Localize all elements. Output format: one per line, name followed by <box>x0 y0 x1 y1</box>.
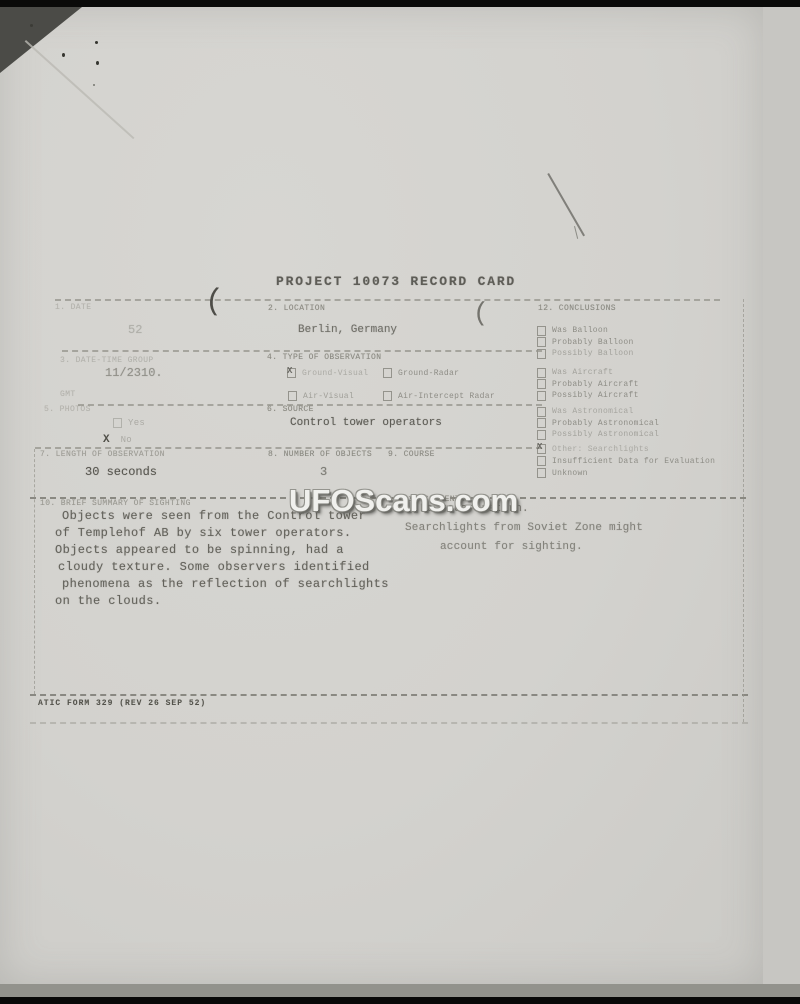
divider <box>55 299 720 301</box>
conclusion-option-label: Was Aircraft <box>552 368 613 377</box>
conclusion-option: Insufficient Data for Evaluation <box>537 455 715 467</box>
date-time-group-label: 3. DATE-TIME GROUP <box>60 356 154 365</box>
conclusion-option: Possibly Astronomical <box>537 429 659 441</box>
source-label: 6. SOURCE <box>267 405 314 414</box>
number-of-objects-value: 3 <box>320 465 327 479</box>
conclusion-option: Was Balloon <box>537 325 634 337</box>
scan-artifact-paren: ( <box>204 286 224 317</box>
conclusion-option: Was Aircraft <box>537 367 639 379</box>
conclusion-option-label: Probably Aircraft <box>552 380 639 389</box>
conclusion-option: X Other: Searchlights <box>537 443 715 455</box>
date-value: 52 <box>128 323 142 337</box>
conclusions-group-aircraft: Was Aircraft Probably Aircraft Possibly … <box>537 367 639 402</box>
checkbox-icon <box>537 368 546 378</box>
staple-mark <box>95 41 98 44</box>
conclusion-option-label: Possibly Balloon <box>552 349 634 358</box>
location-label: 2. LOCATION <box>268 304 325 313</box>
staple-mark <box>96 61 99 65</box>
checkbox-icon <box>383 368 392 378</box>
checkbox-icon <box>537 418 546 428</box>
summary-line: on the clouds. <box>55 594 389 611</box>
divider <box>30 694 748 696</box>
conclusion-option-label: Unknown <box>552 469 588 478</box>
observation-option: X Ground-Visual <box>287 368 368 378</box>
conclusions-group-other: X Other: Searchlights Insufficient Data … <box>537 443 715 479</box>
conclusion-option-label: Probably Balloon <box>552 338 634 347</box>
comment-line: Searchlights from Soviet Zone might <box>405 522 643 541</box>
scanner-band-bottom <box>0 984 800 997</box>
checkbox-icon <box>537 407 546 417</box>
photos-option-yes: Yes <box>113 418 145 428</box>
checkbox-icon: X <box>537 444 546 454</box>
conclusions-group-astronomical: Was Astronomical Probably Astronomical P… <box>537 406 659 441</box>
checkbox-mark: X <box>537 442 542 452</box>
conclusion-option: Probably Balloon <box>537 337 634 349</box>
checkbox-icon <box>537 430 546 440</box>
conclusion-option-label: Was Astronomical <box>552 407 634 416</box>
comment-line: account for sighting. <box>440 541 643 560</box>
summary-line: of Templehof AB by six tower operators. <box>55 526 389 543</box>
conclusion-option-label: Was Balloon <box>552 326 608 335</box>
checkbox-icon <box>537 468 546 478</box>
length-of-observation-label: 7. LENGTH OF OBSERVATION <box>40 450 165 459</box>
speck <box>93 84 95 86</box>
checkbox-icon <box>537 337 546 347</box>
photos-label: 5. PHOTOS <box>44 405 91 414</box>
photos-option-label: Yes <box>128 418 145 428</box>
card-border-left <box>34 449 35 694</box>
summary-line: phenomena as the reflection of searchlig… <box>62 577 389 594</box>
watermark: UFOScans.com <box>289 483 518 519</box>
length-of-observation-value: 30 seconds <box>85 465 157 479</box>
conclusion-option: Probably Astronomical <box>537 418 659 430</box>
checkbox-mark: X <box>287 366 292 376</box>
conclusion-option-label: Possibly Aircraft <box>552 391 639 400</box>
number-of-objects-label: 8. NUMBER OF OBJECTS <box>268 450 372 459</box>
observation-option: Air-Visual <box>288 391 354 401</box>
conclusion-option-label: Possibly Astronomical <box>552 430 659 439</box>
conclusion-option: Unknown <box>537 467 715 479</box>
conclusion-option-label: Other: Searchlights <box>552 445 649 454</box>
observation-option: Air-Intercept Radar <box>383 391 495 401</box>
summary-line: Objects appeared to be spinning, had a <box>55 543 389 560</box>
location-value: Berlin, Germany <box>298 324 397 336</box>
divider <box>30 722 748 724</box>
conclusions-group-balloon: Was Balloon Probably Balloon Possibly Ba… <box>537 325 634 360</box>
scanner-band-top <box>0 0 800 7</box>
gmt-label: GMT <box>60 390 76 399</box>
conclusion-option: Possibly Balloon <box>537 348 634 360</box>
checkbox-icon <box>537 456 546 466</box>
photos-option-label: No <box>121 435 132 445</box>
checkbox-icon <box>537 326 546 336</box>
checkbox-icon <box>537 391 546 401</box>
scanner-band-bottom-black <box>0 997 800 1004</box>
type-of-observation-label: 4. TYPE OF OBSERVATION <box>267 353 381 362</box>
checkbox-icon <box>288 391 297 401</box>
observation-option-label: Air-Visual <box>303 392 354 401</box>
brief-summary-label: 10. BRIEF SUMMARY OF SIGHTING <box>40 499 191 508</box>
paper-edge-right <box>763 7 800 984</box>
conclusion-option: Probably Aircraft <box>537 379 639 391</box>
observation-option-label: Ground-Visual <box>302 369 368 378</box>
checkbox-icon <box>537 379 546 389</box>
observation-option-label: Air-Intercept Radar <box>398 392 495 401</box>
checkbox-icon <box>113 418 122 428</box>
date-time-group-value: 11/2310. <box>105 366 163 380</box>
checkbox-mark: X <box>103 434 110 446</box>
observation-option-label: Ground-Radar <box>398 369 459 378</box>
observation-option: Ground-Radar <box>383 368 459 378</box>
checkbox-icon: X <box>287 368 296 378</box>
course-label: 9. COURSE <box>388 450 435 459</box>
conclusion-option: Was Astronomical <box>537 406 659 418</box>
source-value: Control tower operators <box>290 417 442 429</box>
card-border-right <box>743 299 744 722</box>
conclusion-option-label: Probably Astronomical <box>552 419 659 428</box>
brief-summary-text: Objects were seen from the Control tower… <box>55 509 389 611</box>
conclusions-label: 12. CONCLUSIONS <box>538 304 616 313</box>
scan-artifact-paren: ( <box>472 298 489 329</box>
checkbox-icon <box>383 391 392 401</box>
form-number-footer: ATIC FORM 329 (REV 26 SEP 52) <box>38 699 206 708</box>
staple-mark <box>30 24 33 27</box>
date-label: 1. DATE <box>55 303 91 312</box>
divider <box>62 350 542 352</box>
checkbox-icon <box>537 349 546 359</box>
summary-line: cloudy texture. Some observers identifie… <box>58 560 389 577</box>
conclusion-option: Possibly Aircraft <box>537 390 639 402</box>
scanned-document-page: PROJECT 10073 RECORD CARD ( ( 1. DATE 52… <box>0 0 800 1004</box>
conclusion-option-label: Insufficient Data for Evaluation <box>552 457 715 466</box>
photos-option-no: X No <box>103 434 132 446</box>
staple-mark <box>62 53 65 57</box>
card-title: PROJECT 10073 RECORD CARD <box>276 274 516 289</box>
divider <box>35 447 542 449</box>
